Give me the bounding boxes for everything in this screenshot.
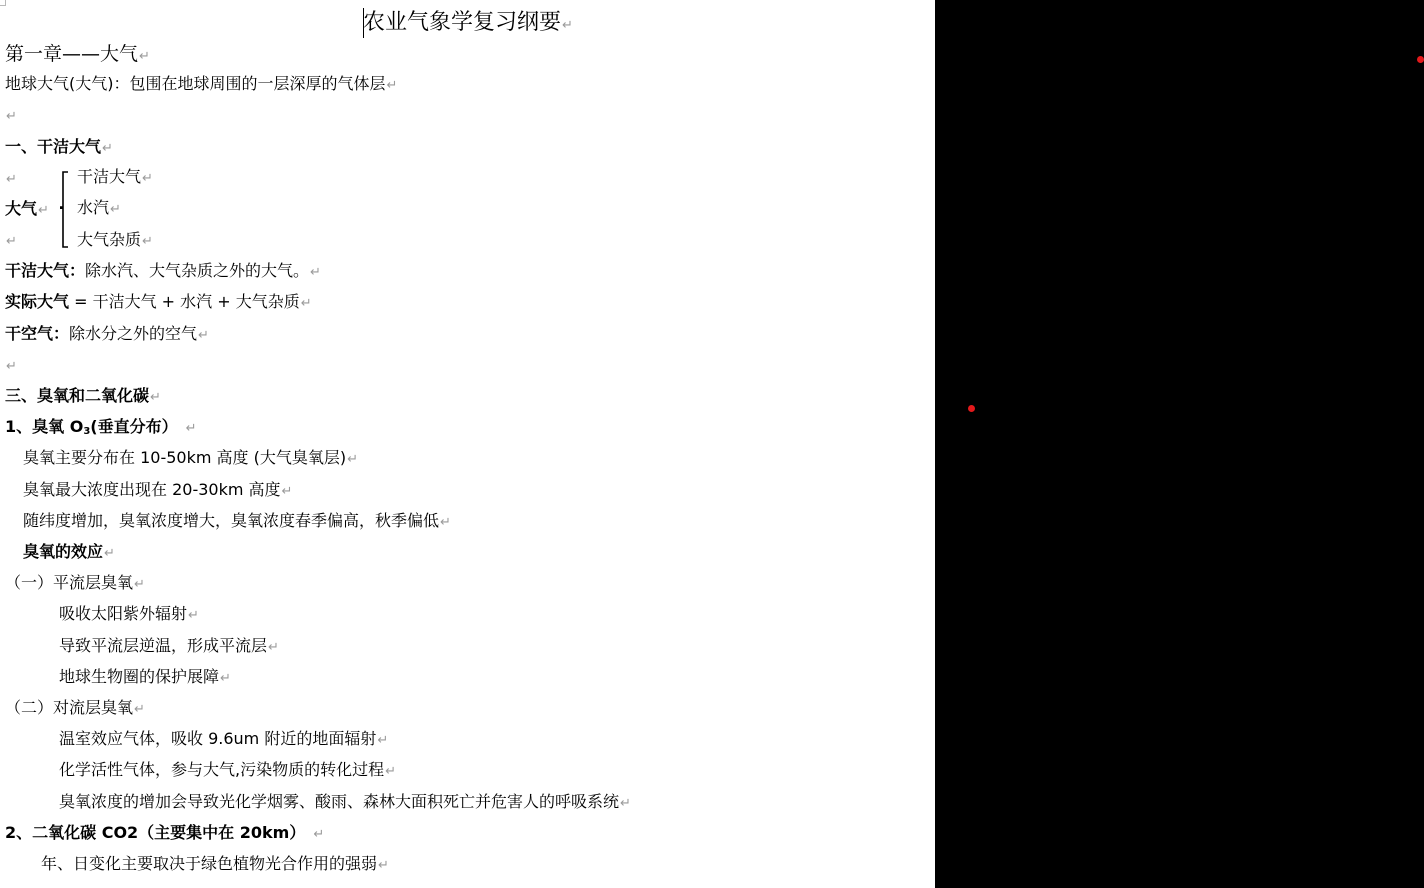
composition-root[interactable]: 大气↵ [5, 198, 49, 220]
stratosphere-item[interactable]: 导致平流层逆温，形成平流层↵ [59, 635, 279, 657]
ozone-heading[interactable]: 1、臭氧 O3(垂直分布）↵ [5, 416, 197, 438]
stratosphere-item[interactable]: 吸收太阳紫外辐射↵ [59, 603, 199, 625]
definition-actual-air[interactable]: 实际大气 = 干洁大气 + 水汽 + 大气杂质↵ [5, 291, 312, 313]
troposphere-item[interactable]: 臭氧浓度的增加会导致光化学烟雾、酸雨、森林大面积死亡并危害人的呼吸系统↵ [59, 791, 631, 813]
co2-heading[interactable]: 2、二氧化碳 CO2（主要集中在 20km）↵ [5, 822, 324, 844]
page-corner-mark [0, 0, 6, 6]
stratosphere-item[interactable]: 地球生物圈的保护展障↵ [59, 666, 231, 688]
left-brace-icon [59, 171, 69, 248]
empty-paragraph[interactable]: ↵ [5, 229, 17, 251]
section-heading-ozone-co2[interactable]: 三、臭氧和二氧化碳↵ [5, 385, 161, 407]
red-marker-dot [968, 405, 975, 412]
side-panel [935, 0, 1424, 888]
ozone-line[interactable]: 随纬度增加，臭氧浓度增大，臭氧浓度春季偏高，秋季偏低↵ [23, 510, 451, 532]
stratosphere-ozone-heading[interactable]: （一）平流层臭氧↵ [5, 572, 145, 594]
definition-dry-clean-air[interactable]: 干洁大气：除水汽、大气杂质之外的大气。↵ [5, 260, 321, 282]
troposphere-ozone-heading[interactable]: （二）对流层臭氧↵ [5, 697, 145, 719]
definition-dry-air[interactable]: 干空气：除水分之外的空气↵ [5, 323, 209, 345]
chapter-heading[interactable]: 第一章——大气↵ [5, 41, 150, 67]
document-page[interactable]: 农业气象学复习纲要↵ 第一章——大气↵ 地球大气(大气)：包围在地球周围的一层深… [0, 0, 935, 888]
definition-line[interactable]: 地球大气(大气)：包围在地球周围的一层深厚的气体层↵ [5, 73, 397, 95]
composition-item[interactable]: 水汽↵ [77, 197, 121, 219]
red-marker-dot [1417, 56, 1424, 63]
empty-paragraph[interactable]: ↵ [5, 354, 17, 376]
ozone-line[interactable]: 臭氧主要分布在 10-50km 高度 (大气臭氧层)↵ [23, 447, 358, 469]
troposphere-item[interactable]: 化学活性气体，参与大气,污染物质的转化过程↵ [59, 759, 396, 781]
composition-item[interactable]: 干洁大气↵ [77, 166, 153, 188]
section-heading-dry-clean-air[interactable]: 一、干洁大气↵ [5, 136, 113, 158]
ozone-effects-heading[interactable]: 臭氧的效应↵ [23, 541, 115, 563]
composition-item[interactable]: 大气杂质↵ [77, 229, 153, 251]
co2-line[interactable]: 年、日变化主要取决于绿色植物光合作用的强弱↵ [41, 853, 389, 875]
document-title[interactable]: 农业气象学复习纲要↵ [363, 8, 573, 41]
empty-paragraph[interactable]: ↵ [5, 167, 17, 189]
ozone-line[interactable]: 臭氧最大浓度出现在 20-30km 高度↵ [23, 479, 292, 501]
troposphere-item[interactable]: 温室效应气体，吸收 9.6um 附近的地面辐射↵ [59, 728, 388, 750]
empty-paragraph[interactable]: ↵ [5, 104, 17, 126]
